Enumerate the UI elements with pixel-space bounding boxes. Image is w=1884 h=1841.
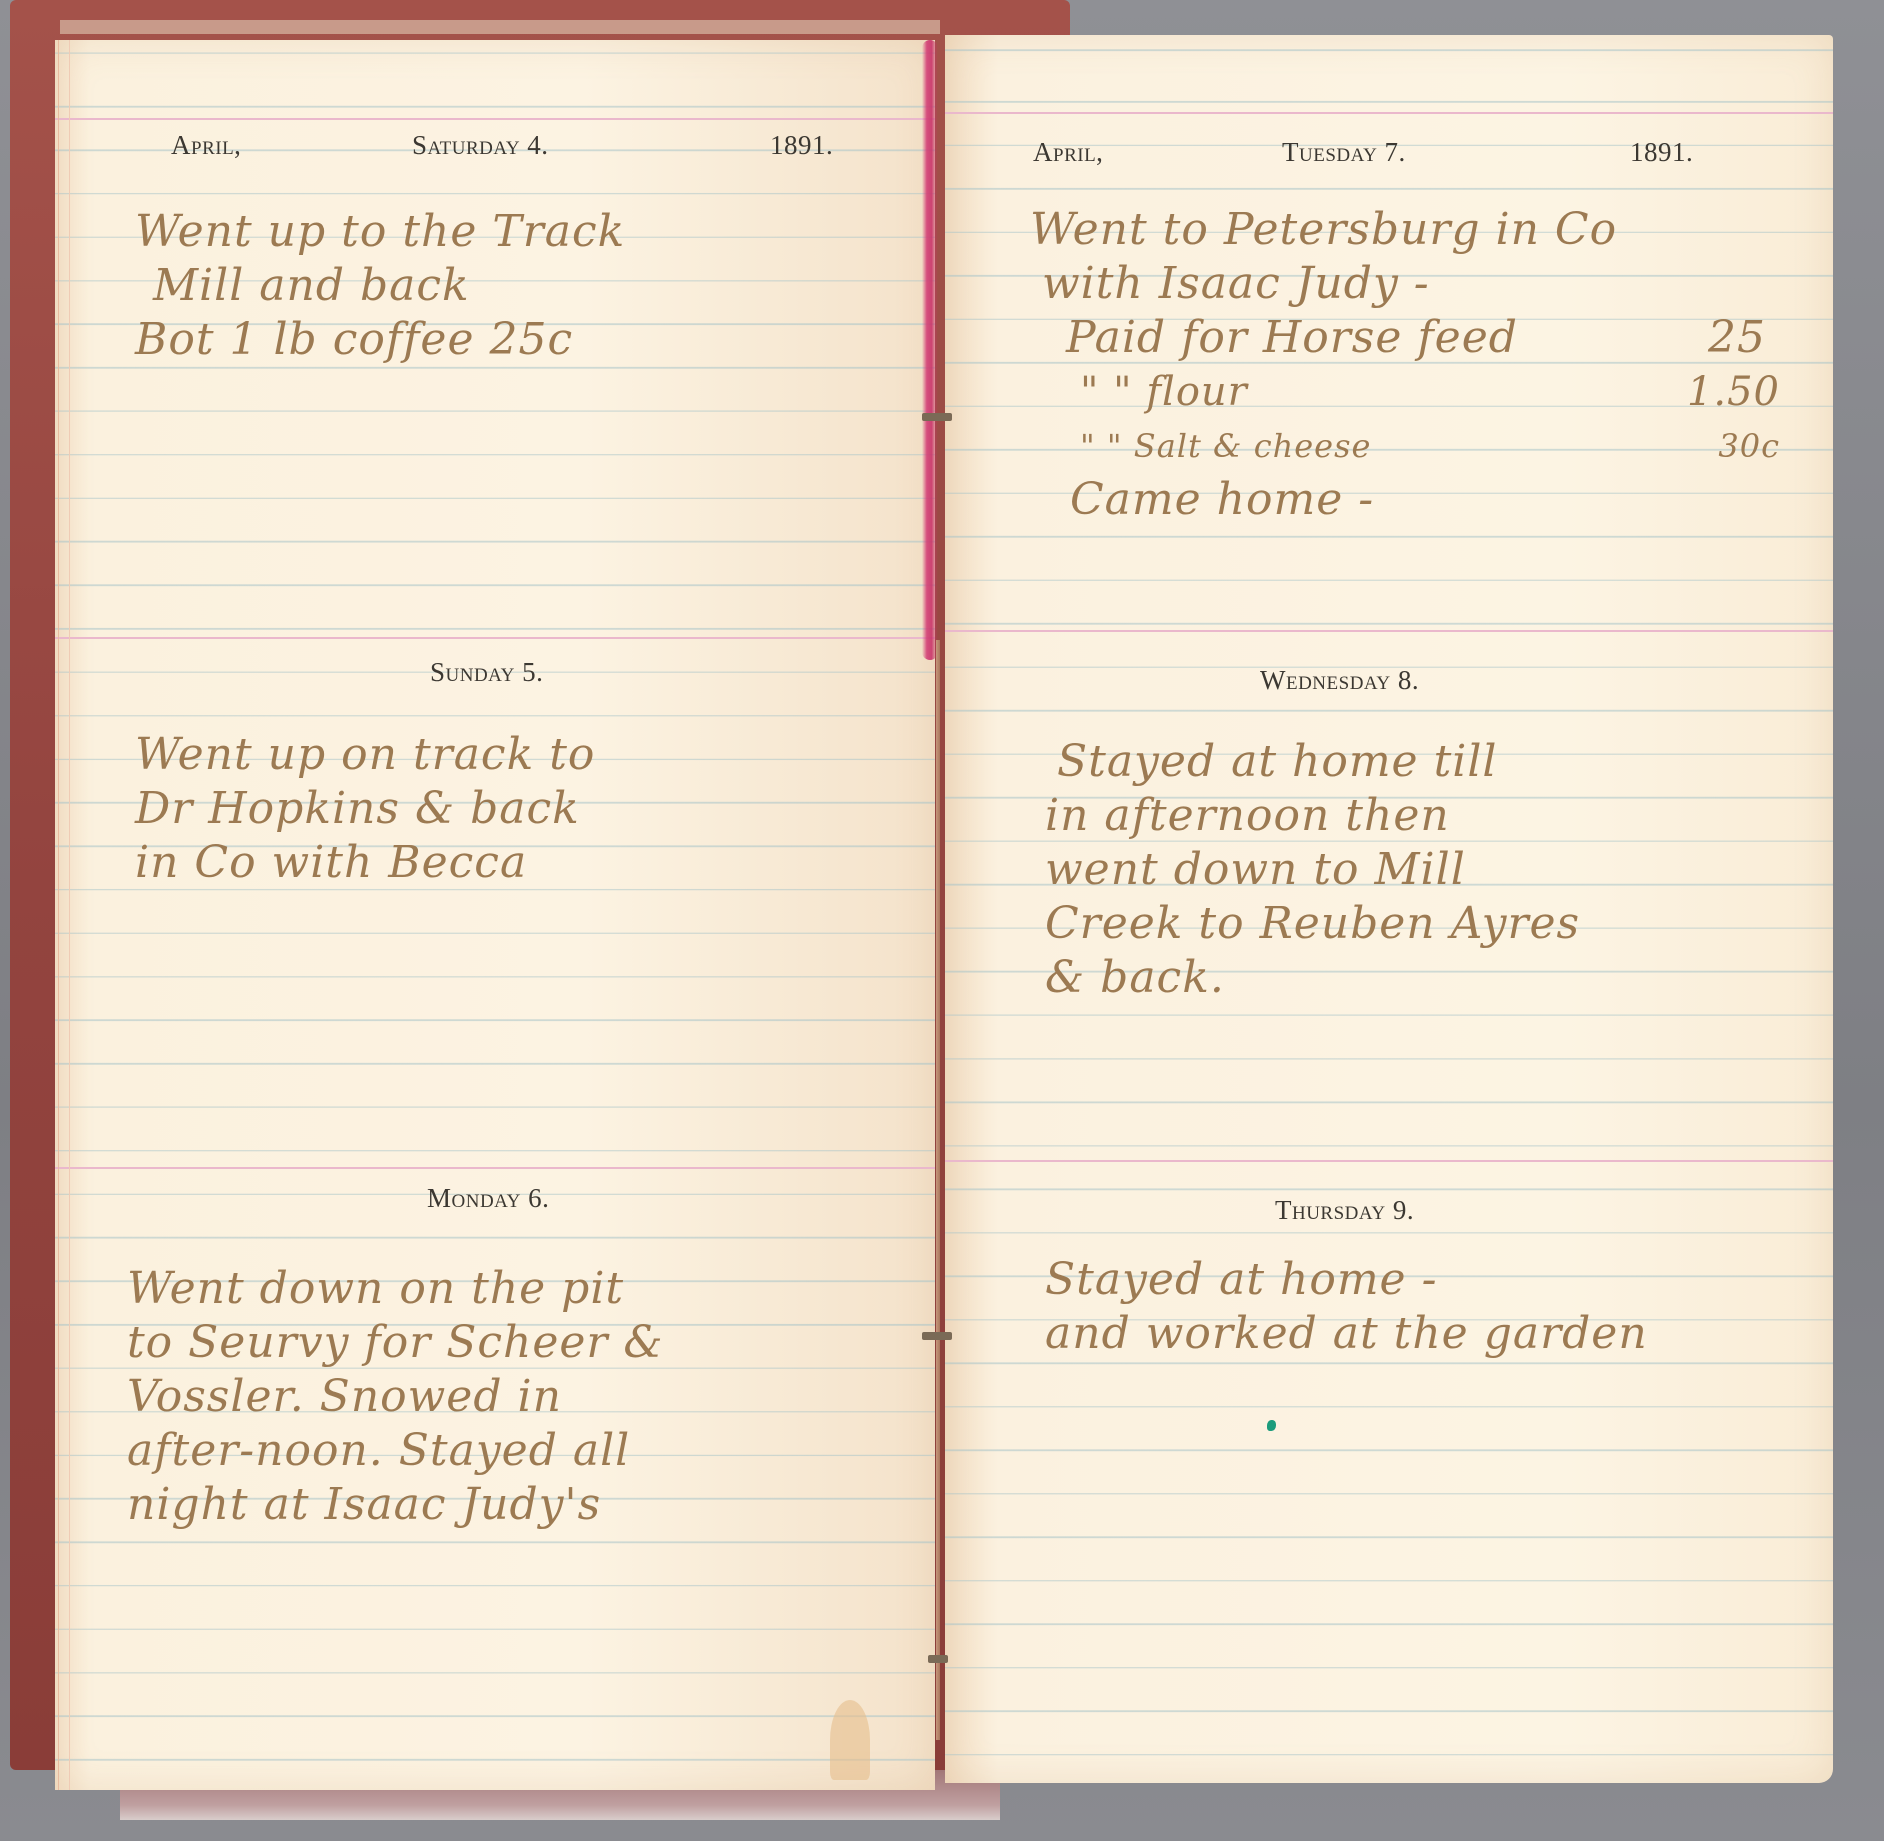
entry-line: Went up on track to [135,728,595,782]
pink-divider [55,637,935,639]
entry-line: Went down on the pit [127,1262,664,1316]
page-header-month: April, [171,130,241,161]
entry-line: Mill and back [135,259,625,313]
paper-stain [830,1700,870,1780]
diary-entry-tuesday: Went to Petersburg in Co with Isaac Judy… [1030,203,1780,527]
expense-item: Paid for Horse feed [1066,311,1518,365]
binding-stitch [928,1655,948,1663]
entry-line: Dr Hopkins & back [135,782,595,836]
binding-stitch [922,1332,952,1340]
diary-entry-thursday: Stayed at home - and worked at the garde… [1045,1253,1648,1361]
cover-top-edge [60,20,940,34]
diary-entry-saturday: Went up to the Track Mill and back Bot 1… [135,205,625,367]
diary-entry-sunday: Went up on track to Dr Hopkins & back in… [135,728,595,890]
pink-divider [945,1160,1833,1162]
day-heading-monday: Monday 6. [427,1183,549,1214]
entry-line: Came home - [1030,473,1780,527]
binding-stitch [922,413,952,421]
day-heading-thursday: Thursday 9. [1275,1195,1414,1226]
right-page: April, Tuesday 7. 1891. Went to Petersbu… [945,35,1833,1783]
entry-line: night at Isaac Judy's [127,1478,664,1532]
entry-line: to Seurvy for Scheer & [127,1316,664,1370]
page-header-year: 1891. [770,130,833,161]
expense-item: " " flour [1080,365,1248,419]
entry-line: Creek to Reuben Ayres [1045,897,1580,951]
entry-line: went down to Mill [1045,843,1580,897]
entry-line: Went up to the Track [135,205,625,259]
entry-line: Stayed at home - [1045,1253,1648,1307]
entry-line: in afternoon then [1045,789,1580,843]
day-heading-saturday: Saturday 4. [412,130,549,161]
expense-row: " " Salt & cheese 30c [1030,419,1780,473]
expense-amount: 25 [1708,311,1766,365]
expense-amount: 1.50 [1687,365,1780,419]
diary-entry-wednesday: Stayed at home till in afternoon then we… [1045,735,1580,1005]
page-edges [58,40,70,1790]
pink-divider [55,118,935,120]
expense-row: " " flour 1.50 [1030,365,1780,419]
entry-line: Vossler. Snowed in [127,1370,664,1424]
day-heading-wednesday: Wednesday 8. [1260,665,1419,696]
entry-line: with Isaac Judy - [1030,257,1780,311]
page-header-month: April, [1033,137,1103,168]
diary-entry-monday: Went down on the pit to Seurvy for Schee… [127,1262,664,1532]
left-page: April, Saturday 4. 1891. Went up to the … [55,40,935,1790]
ink-spot [1267,1420,1276,1431]
entry-line: Went to Petersburg in Co [1030,203,1780,257]
entry-line: in Co with Becca [135,836,595,890]
pink-divider [55,1167,935,1169]
entry-line: Bot 1 lb coffee 25c [135,313,625,367]
entry-line: and worked at the garden [1045,1307,1648,1361]
page-header-year: 1891. [1630,137,1693,168]
pink-divider [945,630,1833,632]
entry-line: after-noon. Stayed all [127,1424,664,1478]
expense-item: " " Salt & cheese [1080,419,1371,473]
day-heading-tuesday: Tuesday 7. [1282,137,1406,168]
day-heading-sunday: Sunday 5. [430,657,543,688]
expense-amount: 30c [1718,419,1780,473]
book-spine [936,640,940,1740]
entry-line: & back. [1045,951,1580,1005]
entry-line: Stayed at home till [1045,735,1580,789]
expense-row: Paid for Horse feed 25 [1030,311,1766,365]
pink-divider [945,112,1833,114]
binding-thread [922,40,938,660]
